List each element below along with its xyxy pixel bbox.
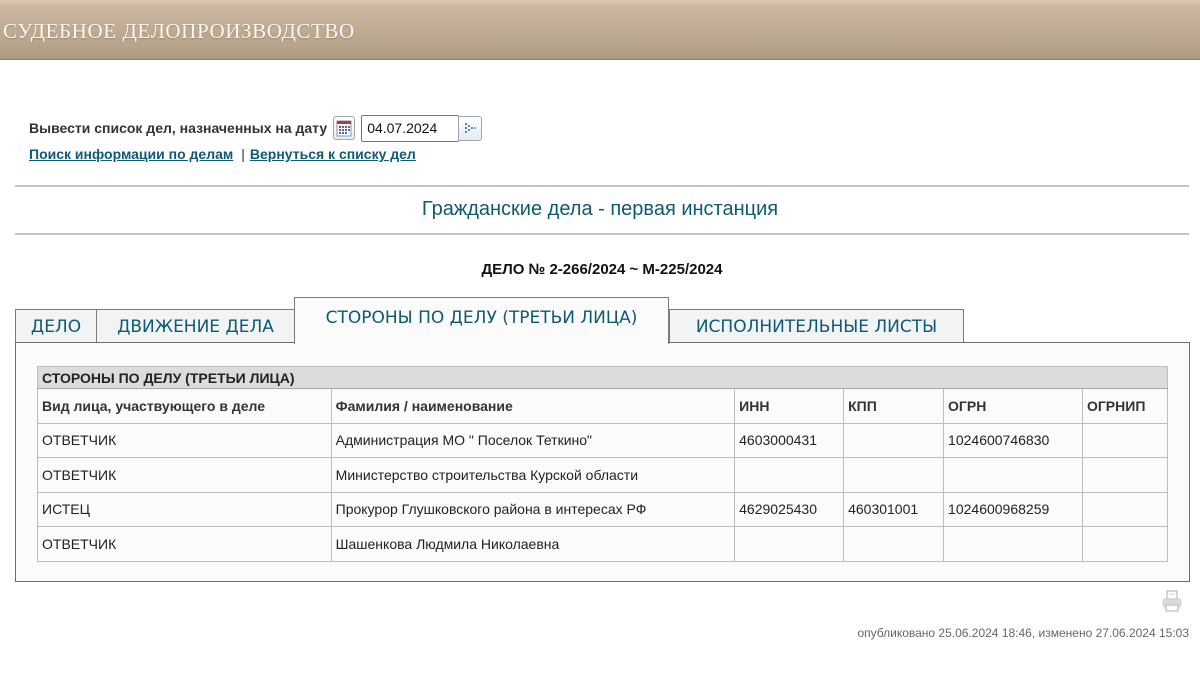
- divider: [15, 185, 1189, 187]
- party-inn: [735, 458, 844, 493]
- divider: [15, 233, 1189, 235]
- nav-links: Поиск информации по делам|Вернуться к сп…: [29, 146, 416, 162]
- tab-case-movement[interactable]: ДВИЖЕНИЕ ДЕЛА: [96, 309, 295, 343]
- party-role: ОТВЕТЧИК: [38, 527, 332, 562]
- link-separator: |: [241, 146, 245, 162]
- calendar-button[interactable]: [333, 116, 355, 140]
- party-ogrn: [944, 458, 1083, 493]
- table-row: ИСТЕЦ Прокурор Глушковского района в инт…: [38, 492, 1168, 527]
- party-name: Прокурор Глушковского района в интересах…: [331, 492, 734, 527]
- column-header: Фамилия / наименование: [331, 389, 734, 424]
- parties-table: СТОРОНЫ ПО ДЕЛУ (ТРЕТЬИ ЛИЦА) Вид лица, …: [37, 366, 1168, 562]
- party-ogrnip: [1082, 527, 1167, 562]
- table-caption: СТОРОНЫ ПО ДЕЛУ (ТРЕТЬИ ЛИЦА): [38, 367, 1168, 389]
- arrow-forward-icon: [463, 121, 477, 135]
- table-row: ОТВЕТЧИК Шашенкова Людмила Николаевна: [38, 527, 1168, 562]
- party-ogrn: 1024600968259: [944, 492, 1083, 527]
- tab-label: ДЕЛО: [31, 317, 81, 337]
- tab-panel-parties: СТОРОНЫ ПО ДЕЛУ (ТРЕТЬИ ЛИЦА) Вид лица, …: [15, 342, 1190, 582]
- party-kpp: [844, 527, 944, 562]
- tab-label: ИСПОЛНИТЕЛЬНЫЕ ЛИСТЫ: [696, 317, 937, 337]
- party-inn: 4603000431: [735, 423, 844, 458]
- site-banner: СУДЕБНОЕ ДЕЛОПРОИЗВОДСТВО: [0, 0, 1200, 60]
- column-header: КПП: [844, 389, 944, 424]
- tab-writs-of-execution[interactable]: ИСПОЛНИТЕЛЬНЫЕ ЛИСТЫ: [669, 309, 964, 343]
- party-ogrn: 1024600746830: [944, 423, 1083, 458]
- column-header: ОГРН: [944, 389, 1083, 424]
- party-kpp: [844, 458, 944, 493]
- back-to-list-link[interactable]: Вернуться к списку дел: [250, 146, 416, 162]
- party-name: Шашенкова Людмила Николаевна: [331, 527, 734, 562]
- party-name: Администрация МО " Поселок Теткино": [331, 423, 734, 458]
- print-button[interactable]: [1160, 589, 1184, 613]
- table-row: ОТВЕТЧИК Администрация МО " Поселок Тетк…: [38, 423, 1168, 458]
- column-header: ИНН: [735, 389, 844, 424]
- case-tabs: ДЕЛО ДВИЖЕНИЕ ДЕЛА СТОРОНЫ ПО ДЕЛУ (ТРЕТ…: [15, 297, 1015, 343]
- party-ogrnip: [1082, 423, 1167, 458]
- party-ogrnip: [1082, 492, 1167, 527]
- column-header: Вид лица, участвующего в деле: [38, 389, 332, 424]
- party-role: ИСТЕЦ: [38, 492, 332, 527]
- party-ogrnip: [1082, 458, 1167, 493]
- search-cases-link[interactable]: Поиск информации по делам: [29, 146, 233, 162]
- party-role: ОТВЕТЧИК: [38, 458, 332, 493]
- party-kpp: [844, 423, 944, 458]
- date-input[interactable]: [361, 115, 459, 142]
- table-header-row: Вид лица, участвующего в деле Фамилия / …: [38, 389, 1168, 424]
- table-caption-row: СТОРОНЫ ПО ДЕЛУ (ТРЕТЬИ ЛИЦА): [38, 367, 1168, 389]
- tab-parties[interactable]: СТОРОНЫ ПО ДЕЛУ (ТРЕТЬИ ЛИЦА): [294, 297, 669, 344]
- party-name: Министерство строительства Курской облас…: [331, 458, 734, 493]
- table-row: ОТВЕТЧИК Министерство строительства Курс…: [38, 458, 1168, 493]
- site-title: СУДЕБНОЕ ДЕЛОПРОИЗВОДСТВО: [3, 19, 355, 44]
- case-title: ДЕЛО № 2-266/2024 ~ М-225/2024: [0, 261, 1200, 278]
- party-kpp: 460301001: [844, 492, 944, 527]
- party-role: ОТВЕТЧИК: [38, 423, 332, 458]
- publication-meta: опубликовано 25.06.2024 18:46, изменено …: [857, 626, 1189, 640]
- party-inn: 4629025430: [735, 492, 844, 527]
- tab-label: ДВИЖЕНИЕ ДЕЛА: [117, 317, 274, 337]
- party-ogrn: [944, 527, 1083, 562]
- column-header: ОГРНИП: [1082, 389, 1167, 424]
- tab-case[interactable]: ДЕЛО: [15, 309, 97, 343]
- tab-label: СТОРОНЫ ПО ДЕЛУ (ТРЕТЬИ ЛИЦА): [326, 308, 638, 328]
- party-inn: [735, 527, 844, 562]
- section-title: Гражданские дела - первая инстанция: [0, 198, 1200, 221]
- calendar-icon: [336, 120, 352, 137]
- show-cases-button[interactable]: [458, 116, 482, 141]
- printer-icon: [1160, 589, 1184, 613]
- date-filter-label: Вывести список дел, назначенных на дату: [29, 120, 327, 136]
- date-filter: Вывести список дел, назначенных на дату: [29, 115, 482, 141]
